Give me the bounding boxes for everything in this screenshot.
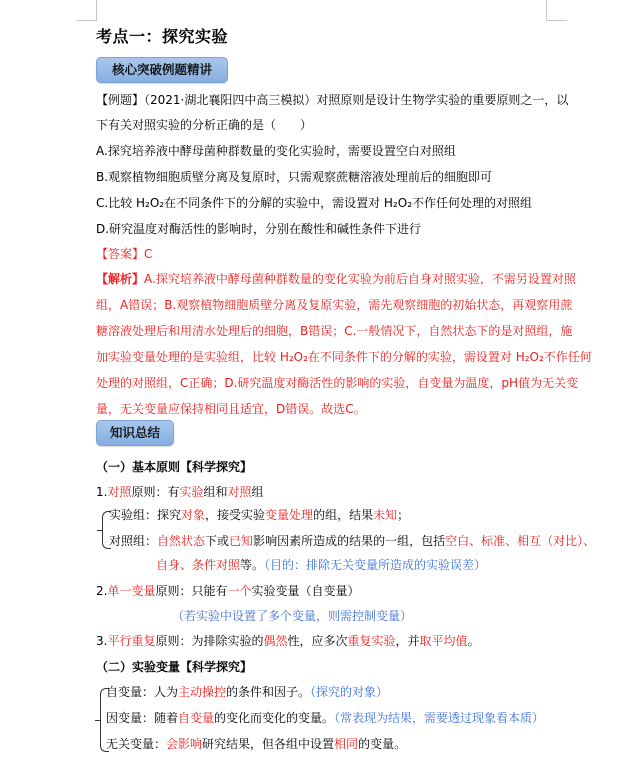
highlight: 自变量 [178, 711, 214, 725]
answer-label: 【答案】 [96, 247, 144, 261]
highlight: 偶然 [263, 634, 287, 648]
answer-line: 【答案】C [96, 246, 152, 262]
text: 的变化而变化的变量。 [214, 711, 334, 725]
text: ，并 [396, 634, 420, 648]
page-corner-mark-right [546, 0, 567, 21]
experimental-group: 实验组：探究对象，接受实验变量处理的组，结果未知； [109, 507, 409, 523]
analysis-text: A.探究培养液中酵母菌种群数量的变化实验为前后自身对照实验，不需另设置对照 [144, 272, 576, 286]
analysis-line-2: 组，A错误；B.观察植物细胞质壁分离及复原实验，需先观察细胞的初始状态，再观察用… [96, 297, 572, 313]
text: 研究结果，但各组中设置 [202, 737, 334, 751]
highlight: 未知 [373, 508, 397, 522]
text: 实验变量（自变量） [252, 584, 360, 598]
question-line-1: 【例题】（2021·湖北襄阳四中高三模拟）对照原则是设计生物学实验的重要原则之一… [96, 92, 568, 108]
dependent-variable: 因变量：随着自变量的变化而变化的变量。（常表现为结果，需要透过现象看本质） [106, 710, 544, 726]
principle-2-note: （若实验中设置了多个变量，则需控制变量） [172, 608, 412, 624]
principle-num: 2. [96, 584, 107, 598]
text: 无关变量： [106, 737, 166, 751]
principle-num: 3. [96, 634, 107, 648]
part1-title: （一）基本原则【科学探究】 [96, 459, 252, 475]
option-a: A.探究培养液中酵母菌种群数量的变化实验时，需要设置空白对照组 [96, 143, 456, 159]
section-tag-example: 核心突破例题精讲 [96, 57, 228, 83]
highlight: 已知 [229, 534, 253, 548]
option-b: B.观察植物细胞质壁分离及复原时，只需观察蔗糖溶液处理前后的细胞即可 [96, 169, 492, 185]
note: （探究的对象） [310, 685, 388, 699]
highlight: 取平均值 [420, 634, 468, 648]
highlight: 变量处理 [265, 508, 313, 522]
principle-2: 2.单一变量原则：只能有一个实验变量（自变量） [96, 583, 360, 599]
text: 对照组： [109, 534, 157, 548]
irrelevant-variable: 无关变量：会影响研究结果，但各组中设置相同的变量。 [106, 736, 406, 752]
highlight: 实验 [179, 485, 203, 499]
analysis-line-6: 量，无关变量应保持相同且适宜，D错误。故选C。 [96, 401, 366, 417]
part2-title: （二）实验变量【科学探究】 [96, 659, 252, 675]
option-d: D.研究温度对酶活性的影响时，分别在酸性和碱性条件下进行 [96, 221, 421, 237]
analysis-line-5: 处理的对照组，C正确；D.研究温度对酶活性的影响的实验，自变量为温度，pH值为无… [96, 375, 578, 391]
text: 的条件和因子。 [226, 685, 310, 699]
control-group-cont: 自身、条件对照等。（目的：排除无关变量所造成的实验误差） [156, 557, 486, 573]
analysis-label: 【解析】 [96, 272, 144, 286]
section-tag-summary: 知识总结 [96, 420, 174, 446]
highlight: 对照 [228, 485, 252, 499]
note: （目的：排除无关变量所造成的实验误差） [264, 558, 486, 572]
highlight: 一个 [227, 584, 251, 598]
text: 原则：为排除实验的 [155, 634, 263, 648]
page-corner-mark-left [76, 0, 97, 21]
highlight: 主动操控 [178, 685, 226, 699]
highlight: 对象 [181, 508, 205, 522]
principle-name: 平行重复 [107, 634, 155, 648]
text: 下或 [205, 534, 229, 548]
text: 影响因素所造成的结果的一组，包括 [253, 534, 445, 548]
independent-variable: 自变量：人为主动操控的条件和因子。（探究的对象） [106, 684, 388, 700]
text: 因变量：随着 [106, 711, 178, 725]
highlight: 相同 [334, 737, 358, 751]
note: （常表现为结果，需要透过现象看本质） [334, 711, 544, 725]
highlight: 会影响 [166, 737, 202, 751]
text: 组 [252, 485, 264, 499]
principle-num: 1. [96, 485, 107, 499]
principle-name: 单一变量 [107, 584, 155, 598]
text: ，接受实验 [205, 508, 265, 522]
text: 原则：只能有 [155, 584, 227, 598]
page-title: 考点一：探究实验 [96, 24, 228, 47]
text: 组和 [204, 485, 228, 499]
control-group: 对照组：自然状态下或已知影响因素所造成的结果的一组，包括空白、标准、相互（对比）… [109, 533, 595, 549]
principle-name: 对照 [107, 485, 131, 499]
analysis-line-4: 加实验变量处理的是实验组，比较 H₂O₂在不同条件下的分解的实验，需设置对 H₂… [96, 349, 592, 365]
highlight: 重复实验 [348, 634, 396, 648]
answer-value: C [144, 247, 152, 261]
text: 。 [468, 634, 480, 648]
question-line-2: 下有关对照实验的分析正确的是（ ） [96, 117, 312, 133]
text: 原则：有 [131, 485, 179, 499]
highlight: 空白、标准、相互（对比）、 [445, 534, 595, 548]
text: 自变量：人为 [106, 685, 178, 699]
analysis-line-3: 糖溶液处理后和用清水处理后的细胞，B错误；C.一般情况下，自然状态下的是对照组，… [96, 323, 572, 339]
text: 性，应多次 [288, 634, 348, 648]
principle-1: 1.对照原则：有实验组和对照组 [96, 484, 264, 500]
text: ； [397, 508, 409, 522]
text: 等。 [240, 558, 264, 572]
text: 的变量。 [358, 737, 406, 751]
text: 实验组：探究 [109, 508, 181, 522]
highlight: 自然状态 [157, 534, 205, 548]
text: 的组，结果 [313, 508, 373, 522]
option-c: C.比较 H₂O₂在不同条件下的分解的实验中，需设置对 H₂O₂不作任何处理的对… [96, 195, 532, 211]
analysis-line-1: 【解析】A.探究培养液中酵母菌种群数量的变化实验为前后自身对照实验，不需另设置对… [96, 271, 576, 287]
highlight: 自身、条件对照 [156, 558, 240, 572]
principle-3: 3.平行重复原则：为排除实验的偶然性，应多次重复实验，并取平均值。 [96, 633, 480, 649]
